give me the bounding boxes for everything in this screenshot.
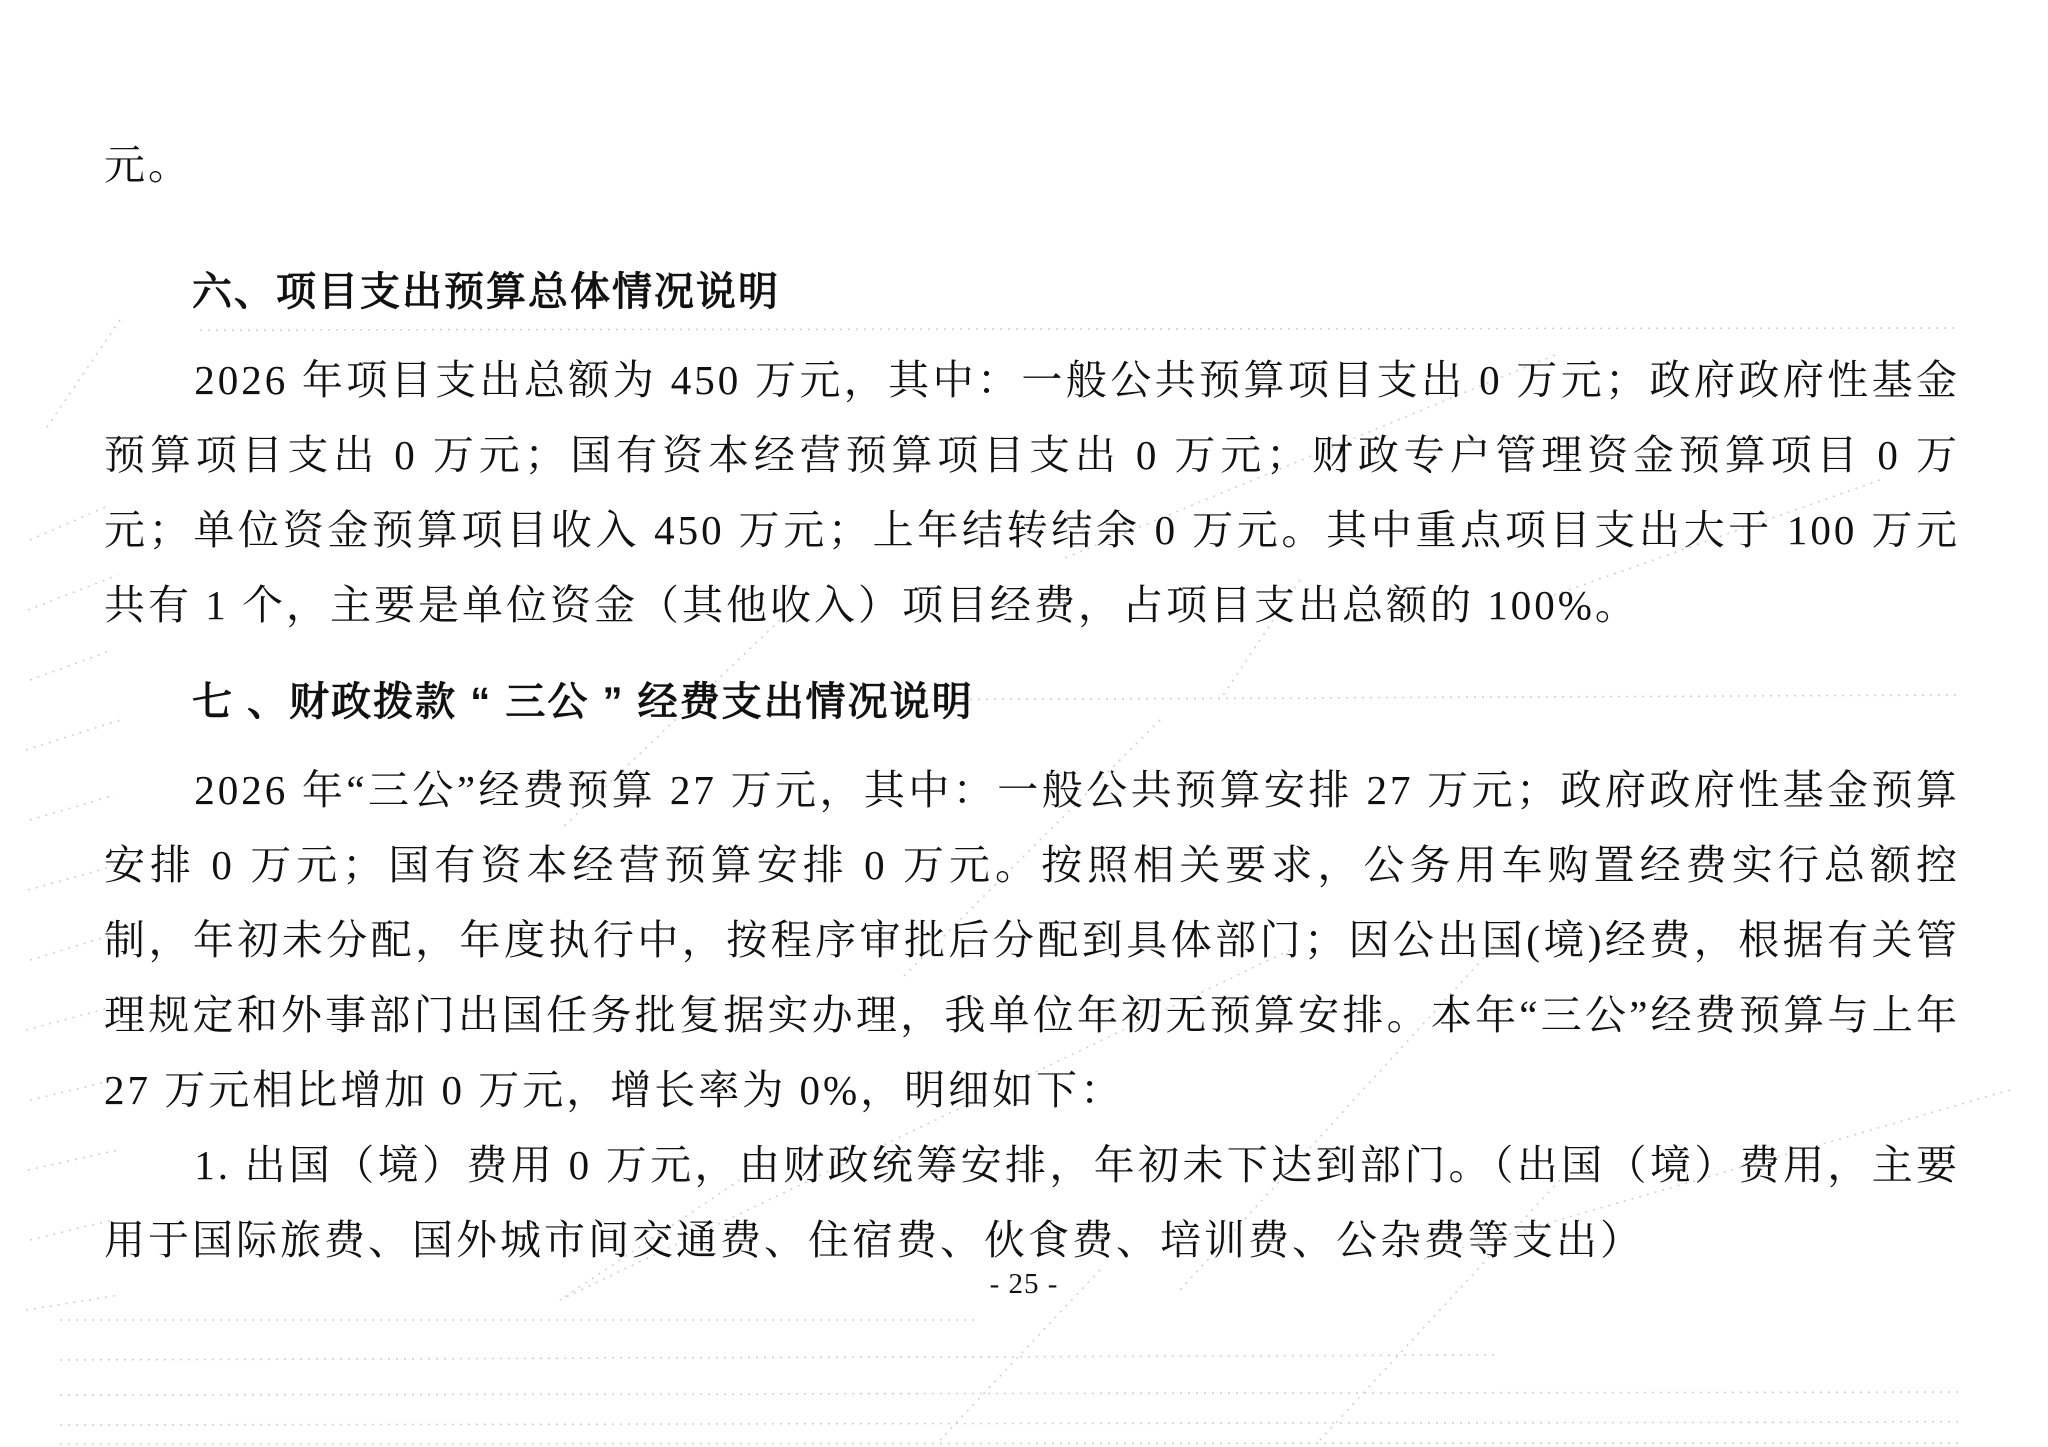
page-number: - 25 -	[0, 1268, 2048, 1301]
document-body: 元。 六、项目支出预算总体情况说明 2026 年项目支出总额为 450 万元，其…	[104, 128, 1960, 1278]
document-page: 元。 六、项目支出预算总体情况说明 2026 年项目支出总额为 450 万元，其…	[0, 0, 2048, 1447]
section-heading-6: 六、项目支出预算总体情况说明	[104, 261, 1960, 323]
section-heading-7: 七 、财政拨款 “ 三公 ” 经费支出情况说明	[104, 671, 1960, 733]
section-7-paragraph-2: 1. 出国（境）费用 0 万元，由财政统筹安排，年初未下达到部门。（出国（境）费…	[104, 1128, 1960, 1278]
carryover-text: 元。	[104, 128, 1960, 203]
section-6-paragraph: 2026 年项目支出总额为 450 万元，其中：一般公共预算项目支出 0 万元；…	[104, 343, 1960, 643]
section-7-paragraph-1: 2026 年“三公”经费预算 27 万元，其中：一般公共预算安排 27 万元；政…	[104, 753, 1960, 1128]
